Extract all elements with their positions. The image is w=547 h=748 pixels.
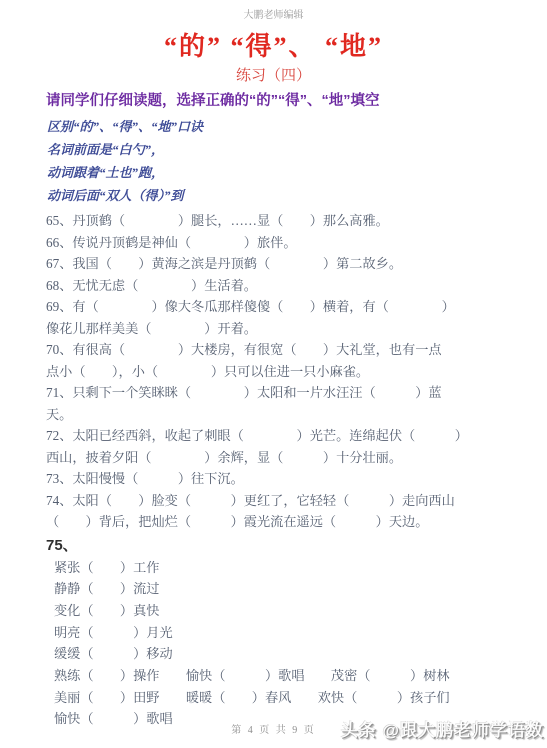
page-title: “的” “得”、 “地”: [0, 32, 547, 62]
exercise-75-items: 紧张（ ）工作 静静（ ）流过 变化（ ）真快 明亮（ ）月光 缓缓（ ）移动 …: [54, 557, 547, 731]
exercise-line-74-cont: （ ）背后，把灿烂（ ）霞光流在遥远（ ）天边。: [46, 511, 547, 533]
rhyme-line: 区别“的”、“得”、“地”口诀: [47, 115, 547, 138]
pair-item-row: 美丽（ ）田野 暖暖（ ）春风 欢快（ ）孩子们: [54, 687, 547, 709]
exercise-line-67: 67、我国（ ）黄海之滨是丹顶鹤（ ）第二故乡。: [46, 253, 547, 275]
exercise-line-72: 72、太阳已经西斜，收起了刺眼（ ）光芒。连绵起伏（ ）: [46, 425, 547, 447]
exercise-line-66: 66、传说丹顶鹤是神仙（ ）旅伴。: [46, 232, 547, 254]
exercise-line-69: 69、有（ ）像大冬瓜那样傻傻（ ）横着，有（ ）: [46, 296, 547, 318]
exercise-line-68: 68、无忧无虑（ ）生活着。: [46, 275, 547, 297]
rhyme-block: 区别“的”、“得”、“地”口诀 名词前面是“白勺”， 动词跟着“土也”跑， 动词…: [47, 115, 547, 207]
exercise-line-74: 74、太阳（ ）脸变（ ）更红了，它轻轻（ ）走向西山: [46, 490, 547, 512]
exercise-line-69-cont: 像花儿那样美美（ ）开着。: [46, 318, 547, 340]
rhyme-line: 动词后面“双人（得）”到: [47, 184, 547, 207]
exercise-line-72-cont: 西山，披着夕阳（ ）余辉，显（ ）十分壮丽。: [46, 447, 547, 469]
instruction-text: 请同学们仔细读题，选择正确的“的”“得”、“地”填空: [46, 92, 547, 111]
exercise-line-71: 71、只剩下一个笑眯眯（ ）太阳和一片水汪汪（ ）蓝: [46, 382, 547, 404]
pair-item: 变化（ ）真快: [54, 600, 547, 622]
worksheet-page: 大鹏老师编辑 “的” “得”、 “地” 练习（四） 请同学们仔细读题，选择正确的…: [0, 0, 547, 748]
rhyme-line: 动词跟着“土也”跑，: [47, 161, 547, 184]
page-subtitle: 练习（四）: [0, 67, 547, 85]
pair-item: 明亮（ ）月光: [54, 622, 547, 644]
exercise-75-number: 75、: [46, 536, 547, 556]
pair-item: 缓缓（ ）移动: [54, 643, 547, 665]
exercise-line-71-cont: 天。: [46, 404, 547, 426]
editor-note: 大鹏老师编辑: [0, 0, 547, 21]
exercise-line-70: 70、有很高（ ）大楼房，有很宽（ ）大礼堂，也有一点: [46, 339, 547, 361]
exercise-line-70-cont: 点小（ ），小（ ）只可以住进一只小麻雀。: [46, 361, 547, 383]
pair-item: 紧张（ ）工作: [54, 557, 547, 579]
exercise-list: 65、丹顶鹤（ ）腿长，……显（ ）那么高雅。 66、传说丹顶鹤是神仙（ ）旅伴…: [46, 210, 547, 533]
rhyme-line: 名词前面是“白勺”，: [47, 138, 547, 161]
exercise-line-73: 73、太阳慢慢（ ）往下沉。: [46, 468, 547, 490]
toutiao-watermark: 头条 @跟大鹏老师学语数: [341, 716, 544, 741]
exercise-line-65: 65、丹顶鹤（ ）腿长，……显（ ）那么高雅。: [46, 210, 547, 232]
pair-item: 静静（ ）流过: [54, 578, 547, 600]
pair-item-row: 熟练（ ）操作 愉快（ ）歌唱 茂密（ ）树林: [54, 665, 547, 687]
